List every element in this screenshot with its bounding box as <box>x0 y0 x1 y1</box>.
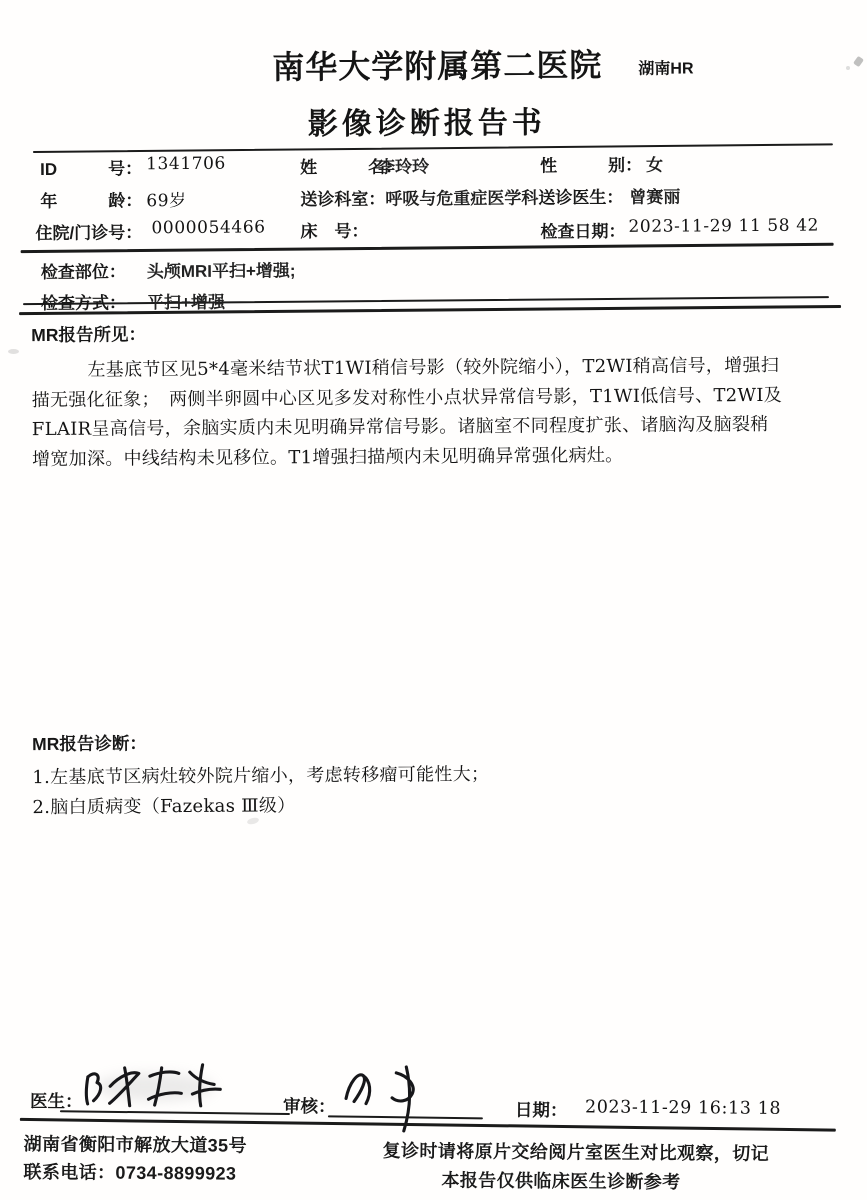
scan-speck <box>8 349 19 354</box>
doctor-signature <box>82 1060 232 1111</box>
report-date-value: 2023-11-29 16:13 18 <box>585 1097 781 1119</box>
report-date-label: 日期： <box>515 1097 568 1122</box>
doctor-signature-line <box>60 1110 290 1115</box>
footer-note-line2: 本报告仅供临床医生诊断参考 <box>441 1166 680 1194</box>
footer-note-line1: 复诊时请将原片交给阅片室医生对比观察，切记 <box>383 1137 770 1166</box>
scan-speck <box>846 66 850 70</box>
hospital-address: 湖南省衡阳市解放大道35号 <box>24 1130 247 1158</box>
contact-phone: 联系电话：0734-8899923 <box>23 1158 236 1186</box>
footer-section: 医生： 审核： 日期： 2023-11-29 16:13 18 湖南省衡阳市解放… <box>0 0 867 1200</box>
report-sheet: 南华大学附属第二医院 湖南HR 影像诊断报告书 ID 号： 1341706 姓 … <box>0 0 867 1200</box>
